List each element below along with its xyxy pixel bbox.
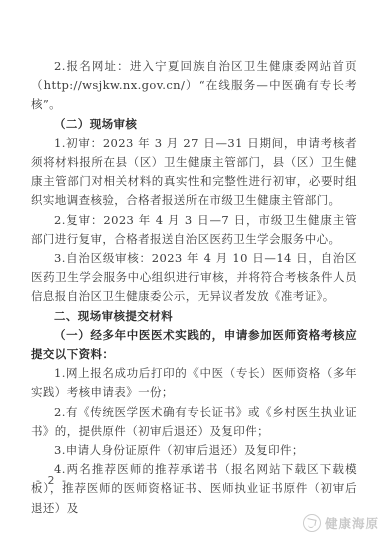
para-regional-review: 3.自治区级审核：2023 年 4 月 10 日—14 日，自治区医药卫生学会服… xyxy=(31,249,357,307)
para-material-2: 2.有《传统医学医术确有专长证书》或《乡村医生执业证书》的，提供原件（初审后退还… xyxy=(31,403,357,441)
document-body: 2.报名网址：进入宁夏回族自治区卫生健康委网站首页（http://wsjkw.n… xyxy=(31,57,357,518)
para-material-4: 4.两名推荐医师的推荐承诺书（报名网站下载区下载模板），推荐医师的医师资格证书、… xyxy=(31,460,357,518)
para-second-review: 2.复审：2023 年 4 月 3 日—7 日，市级卫生健康主管部门进行复审，合… xyxy=(31,211,357,249)
brand-logo-icon xyxy=(303,514,321,532)
para-first-review: 1.初审：2023 年 3 月 27 日—31 日期间，申请考核者须将材料报所在… xyxy=(31,134,357,211)
page-number: - 2 - xyxy=(36,474,68,487)
para-material-3: 3.申请人身份证原件（初审后退还）及复印件； xyxy=(31,441,357,460)
heading-materials-submission: 二、现场审核提交材料 xyxy=(31,307,357,326)
watermark-text: 健康海原 xyxy=(325,514,379,532)
watermark: 健康海原 xyxy=(303,514,379,532)
heading-onsite-review: （二）现场审核 xyxy=(31,115,357,134)
heading-materials-intro: （一）经多年中医医术实践的，申请参加医师资格考核应提交以下资料： xyxy=(31,326,357,364)
para-registration-website: 2.报名网址：进入宁夏回族自治区卫生健康委网站首页（http://wsjkw.n… xyxy=(31,57,357,115)
para-material-1: 1.网上报名成功后打印的《中医（专长）医师资格（多年实践）考核申请表》一份； xyxy=(31,364,357,402)
